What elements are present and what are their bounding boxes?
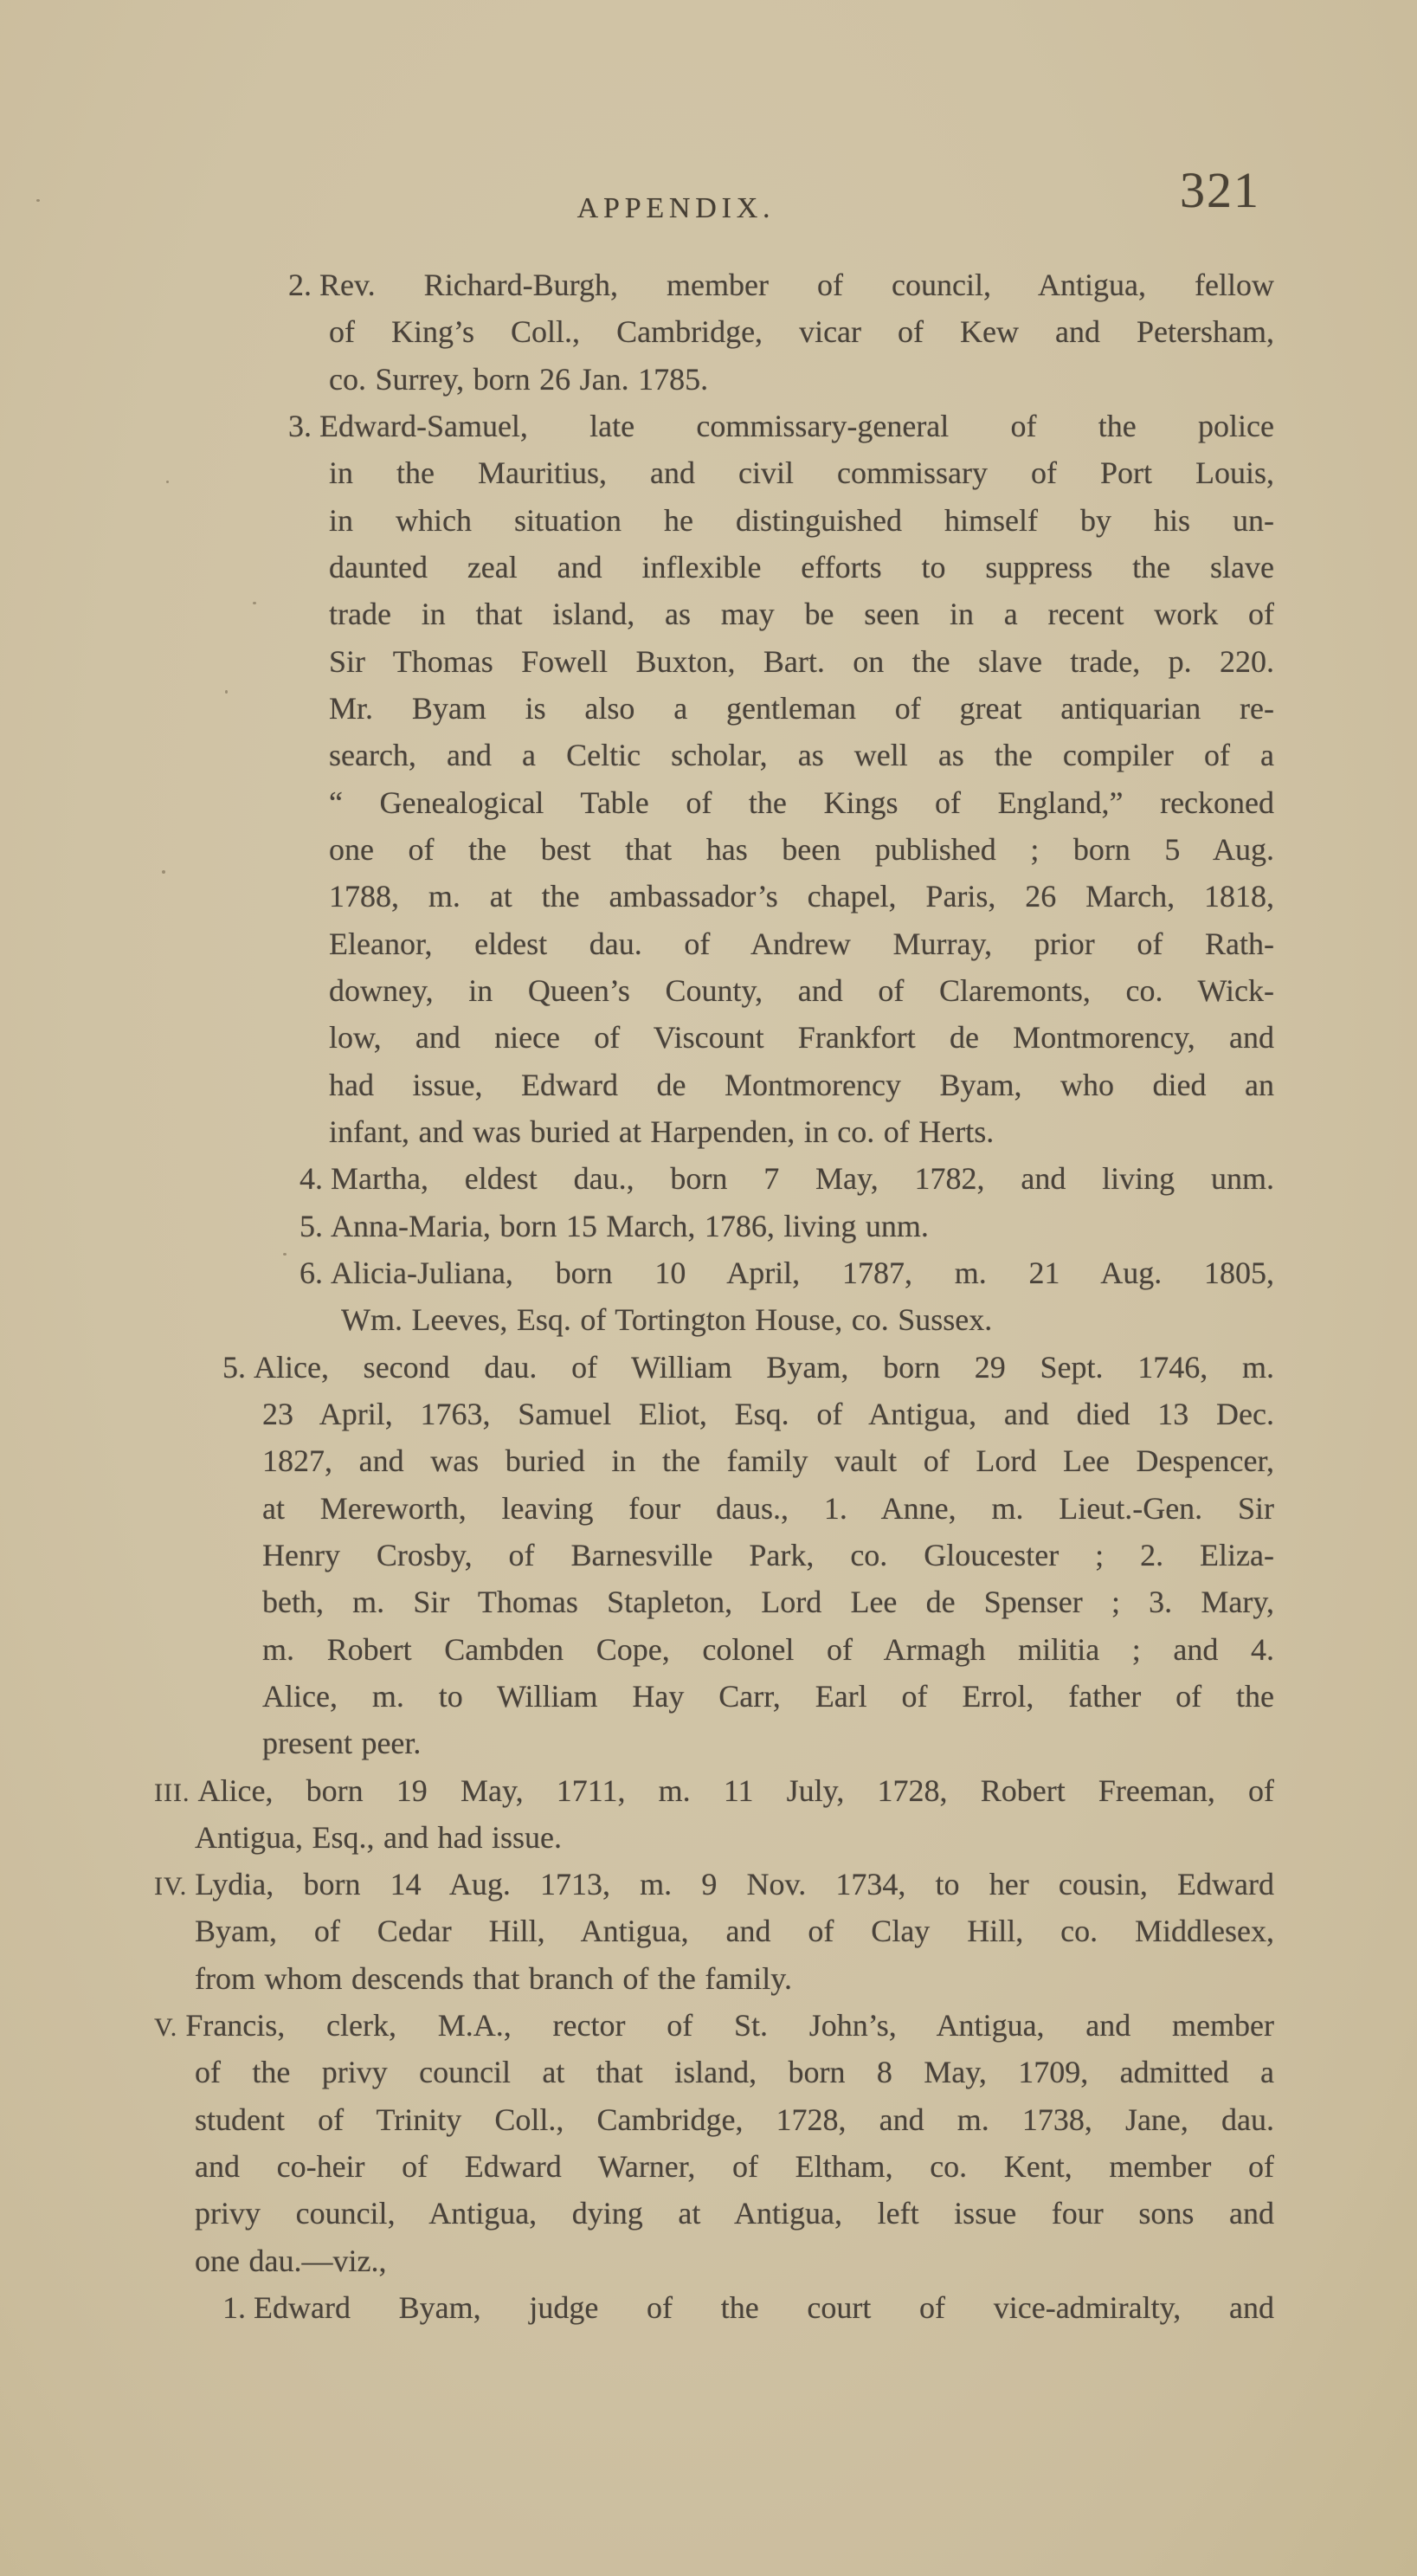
entry-text: Alicia-Juliana, born 10 April, 1787, m. …	[331, 1256, 1274, 1290]
text-line: III.Alice, born 19 May, 1711, m. 11 July…	[154, 1767, 1274, 1814]
text-line: infant, and was buried at Harpenden, in …	[329, 1108, 1274, 1155]
running-title: APPENDIX.	[577, 194, 776, 223]
text-line: present peer.	[262, 1720, 1274, 1766]
entry-text: Lydia, born 14 Aug. 1713, m. 9 Nov. 1734…	[195, 1867, 1274, 1901]
text-line: 23 April, 1763, Samuel Eliot, Esq. of An…	[262, 1391, 1274, 1437]
entry-number: 5.	[222, 1350, 254, 1385]
genealogy-entry: 5.Alice, second dau. of William Byam, bo…	[0, 1344, 1417, 1767]
paper-speck	[36, 199, 40, 202]
text-line: 6.Alicia-Juliana, born 10 April, 1787, m…	[300, 1249, 1274, 1296]
text-line: in the Mauritius, and civil commissary o…	[329, 449, 1274, 496]
text-line: Byam, of Cedar Hill, Antigua, and of Cla…	[195, 1908, 1274, 1954]
genealogy-entry: 3.Edward-Samuel, late commissary-general…	[0, 403, 1417, 1155]
genealogy-entry: 1.Edward Byam, judge of the court of vic…	[0, 2284, 1417, 2331]
entry-number: 3.	[288, 409, 319, 443]
text-line: Wm. Leeves, Esq. of Tortington House, co…	[341, 1296, 1274, 1343]
entry-number: 5.	[300, 1209, 331, 1243]
text-line: trade in that island, as may be seen in …	[329, 591, 1274, 637]
text-line: daunted zeal and inflexible efforts to s…	[329, 544, 1274, 591]
entry-number: 2.	[288, 268, 319, 302]
text-line: “ Genealogical Table of the Kings of Eng…	[329, 779, 1274, 826]
genealogy-entry: 6.Alicia-Juliana, born 10 April, 1787, m…	[0, 1249, 1417, 1344]
genealogy-entry: 4.Martha, eldest dau., born 7 May, 1782,…	[0, 1155, 1417, 1202]
text-line: one of the best that has been published …	[329, 826, 1274, 873]
entry-text: Francis, clerk, M.A., rector of St. John…	[185, 2008, 1274, 2043]
text-line: 2.Rev. Richard-Burgh, member of council,…	[288, 261, 1274, 308]
text-line: co. Surrey, born 26 Jan. 1785.	[329, 356, 1274, 403]
paper-speck	[162, 870, 165, 874]
entry-number: 4.	[300, 1161, 331, 1196]
text-line: 3.Edward-Samuel, late commissary-general…	[288, 403, 1274, 449]
entry-text: Alice, born 19 May, 1711, m. 11 July, 17…	[197, 1773, 1274, 1808]
text-line: search, and a Celtic scholar, as well as…	[329, 732, 1274, 778]
text-line: student of Trinity Coll., Cambridge, 172…	[195, 2096, 1274, 2143]
genealogy-entry: 5.Anna-Maria, born 15 March, 1786, livin…	[0, 1203, 1417, 1249]
text-line: 1827, and was buried in the family vault…	[262, 1437, 1274, 1484]
paper-speck	[283, 1253, 287, 1256]
text-line: Eleanor, eldest dau. of Andrew Murray, p…	[329, 920, 1274, 967]
text-line: Antigua, Esq., and had issue.	[195, 1814, 1274, 1861]
entry-number: V.	[154, 2013, 185, 2042]
entry-number: III.	[154, 1779, 197, 1807]
text-line: 1.Edward Byam, judge of the court of vic…	[222, 2284, 1274, 2331]
text-line: 1788, m. at the ambassador’s chapel, Par…	[329, 873, 1274, 920]
entry-text: Edward Byam, judge of the court of vice-…	[254, 2290, 1274, 2325]
text-line: 5.Alice, second dau. of William Byam, bo…	[222, 1344, 1274, 1391]
entry-number: 1.	[222, 2290, 254, 2325]
entry-text: Rev. Richard-Burgh, member of council, A…	[319, 268, 1274, 302]
genealogy-entry: 2.Rev. Richard-Burgh, member of council,…	[0, 261, 1417, 403]
text-line: had issue, Edward de Montmorency Byam, w…	[329, 1062, 1274, 1108]
text-line: from whom descends that branch of the fa…	[195, 1955, 1274, 2002]
text-line: at Mereworth, leaving four daus., 1. Ann…	[262, 1485, 1274, 1532]
entry-number: IV.	[154, 1872, 195, 1901]
text-line: of the privy council at that island, bor…	[195, 2049, 1274, 2095]
genealogy-entry: III.Alice, born 19 May, 1711, m. 11 July…	[0, 1767, 1417, 1862]
scanned-book-page: APPENDIX. 321 2.Rev. Richard-Burgh, memb…	[0, 0, 1417, 2576]
text-line: IV.Lydia, born 14 Aug. 1713, m. 9 Nov. 1…	[154, 1861, 1274, 1908]
text-line: of King’s Coll., Cambridge, vicar of Kew…	[329, 308, 1274, 355]
text-line: Mr. Byam is also a gentleman of great an…	[329, 685, 1274, 732]
text-line: 4.Martha, eldest dau., born 7 May, 1782,…	[300, 1155, 1274, 1202]
text-line: Sir Thomas Fowell Buxton, Bart. on the s…	[329, 638, 1274, 685]
text-line: in which situation he distinguished hims…	[329, 497, 1274, 544]
genealogy-entry: V.Francis, clerk, M.A., rector of St. Jo…	[0, 2002, 1417, 2284]
entry-text: Alice, second dau. of William Byam, born…	[254, 1350, 1274, 1385]
text-line: downey, in Queen’s County, and of Clarem…	[329, 967, 1274, 1014]
text-line: Alice, m. to William Hay Carr, Earl of E…	[262, 1673, 1274, 1720]
text-line: 5.Anna-Maria, born 15 March, 1786, livin…	[300, 1203, 1274, 1249]
paper-speck	[166, 481, 169, 483]
entries: 2.Rev. Richard-Burgh, member of council,…	[0, 261, 1417, 2331]
text-line: beth, m. Sir Thomas Stapleton, Lord Lee …	[262, 1579, 1274, 1625]
genealogy-entry: IV.Lydia, born 14 Aug. 1713, m. 9 Nov. 1…	[0, 1861, 1417, 2002]
paper-speck	[253, 602, 256, 604]
text-line: privy council, Antigua, dying at Antigua…	[195, 2190, 1274, 2237]
entry-text: Edward-Samuel, late commissary-general o…	[319, 409, 1274, 443]
page-number: 321	[1180, 165, 1260, 216]
entry-text: Anna-Maria, born 15 March, 1786, living …	[331, 1209, 929, 1243]
text-line: and co-heir of Edward Warner, of Eltham,…	[195, 2143, 1274, 2190]
entry-number: 6.	[300, 1256, 331, 1290]
text-line: one dau.—viz.,	[195, 2237, 1274, 2284]
text-line: low, and niece of Viscount Frankfort de …	[329, 1014, 1274, 1061]
entry-text: Martha, eldest dau., born 7 May, 1782, a…	[331, 1161, 1274, 1196]
text-line: m. Robert Cambden Cope, colonel of Armag…	[262, 1626, 1274, 1673]
paper-speck	[225, 690, 228, 694]
text-line: V.Francis, clerk, M.A., rector of St. Jo…	[154, 2002, 1274, 2049]
text-line: Henry Crosby, of Barnesville Park, co. G…	[262, 1532, 1274, 1579]
